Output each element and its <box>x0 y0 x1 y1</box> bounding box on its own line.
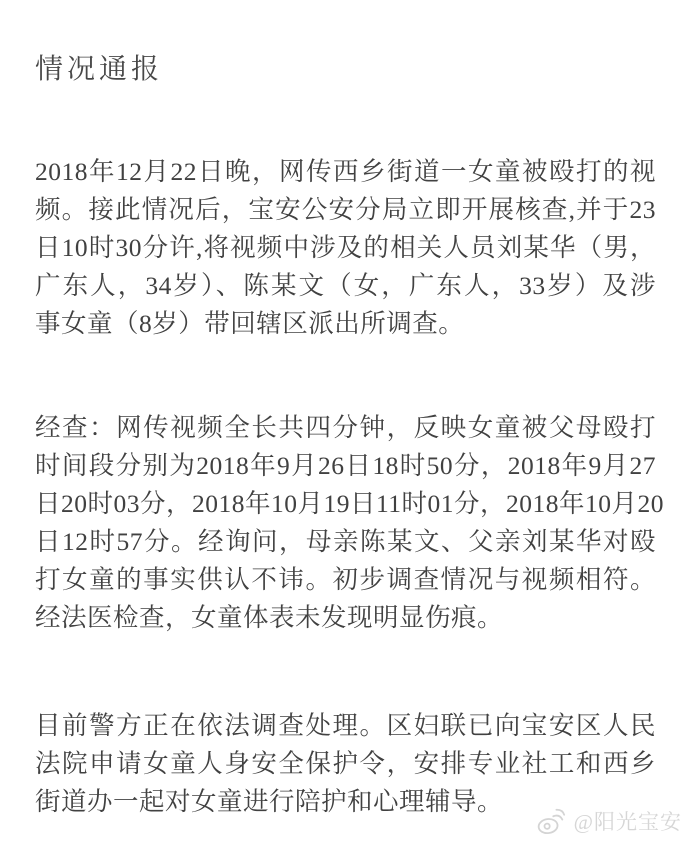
text-line: 频。接此情况后，宝安公安分局立即开展核查,并于23 <box>35 191 656 229</box>
text-line: 2018年12月22日晚，网传西乡街道一女童被殴打的视 <box>35 153 656 191</box>
paragraph: 2018年12月22日晚，网传西乡街道一女童被殴打的视频。接此情况后，宝安公安分… <box>35 153 656 343</box>
text-line: 经法医检查，女童体表未发现明显伤痕。 <box>35 599 656 637</box>
text-line: 事女童（8岁）带回辖区派出所调查。 <box>35 305 656 343</box>
notice-document: 情况通报 2018年12月22日晚，网传西乡街道一女童被殴打的视频。接此情况后，… <box>0 0 690 842</box>
text-line: 日20时03分，2018年10月19日11时01分，2018年10月20 <box>35 485 656 523</box>
page-title: 情况通报 <box>35 55 656 85</box>
text-line: 时间段分别为2018年9月26日18时50分，2018年9月27 <box>35 447 656 485</box>
weibo-watermark: @阳光宝安 <box>536 806 682 836</box>
text-line: 日12时57分。经询问，母亲陈某文、父亲刘某华对殴 <box>35 523 656 561</box>
paragraph: 目前警方正在依法调查处理。区妇联已向宝安区人民法院申请女童人身安全保护令，安排专… <box>35 707 656 821</box>
text-line: 目前警方正在依法调查处理。区妇联已向宝安区人民 <box>35 707 656 745</box>
text-line: 经查：网传视频全长共四分钟，反映女童被父母殴打 <box>35 409 656 447</box>
text-line: 打女童的事实供认不讳。初步调查情况与视频相符。 <box>35 561 656 599</box>
text-line: 日10时30分许,将视频中涉及的相关人员刘某华（男， <box>35 229 656 267</box>
text-line: 法院申请女童人身安全保护令，安排专业社工和西乡 <box>35 745 656 783</box>
paragraph: 经查：网传视频全长共四分钟，反映女童被父母殴打时间段分别为2018年9月26日1… <box>35 409 656 637</box>
notice-body: 2018年12月22日晚，网传西乡街道一女童被殴打的视频。接此情况后，宝安公安分… <box>35 153 656 821</box>
weibo-icon <box>534 805 569 836</box>
weibo-handle: @阳光宝安 <box>574 806 682 836</box>
text-line: 广东人，34岁）、陈某文（女，广东人，33岁）及涉 <box>35 267 656 305</box>
